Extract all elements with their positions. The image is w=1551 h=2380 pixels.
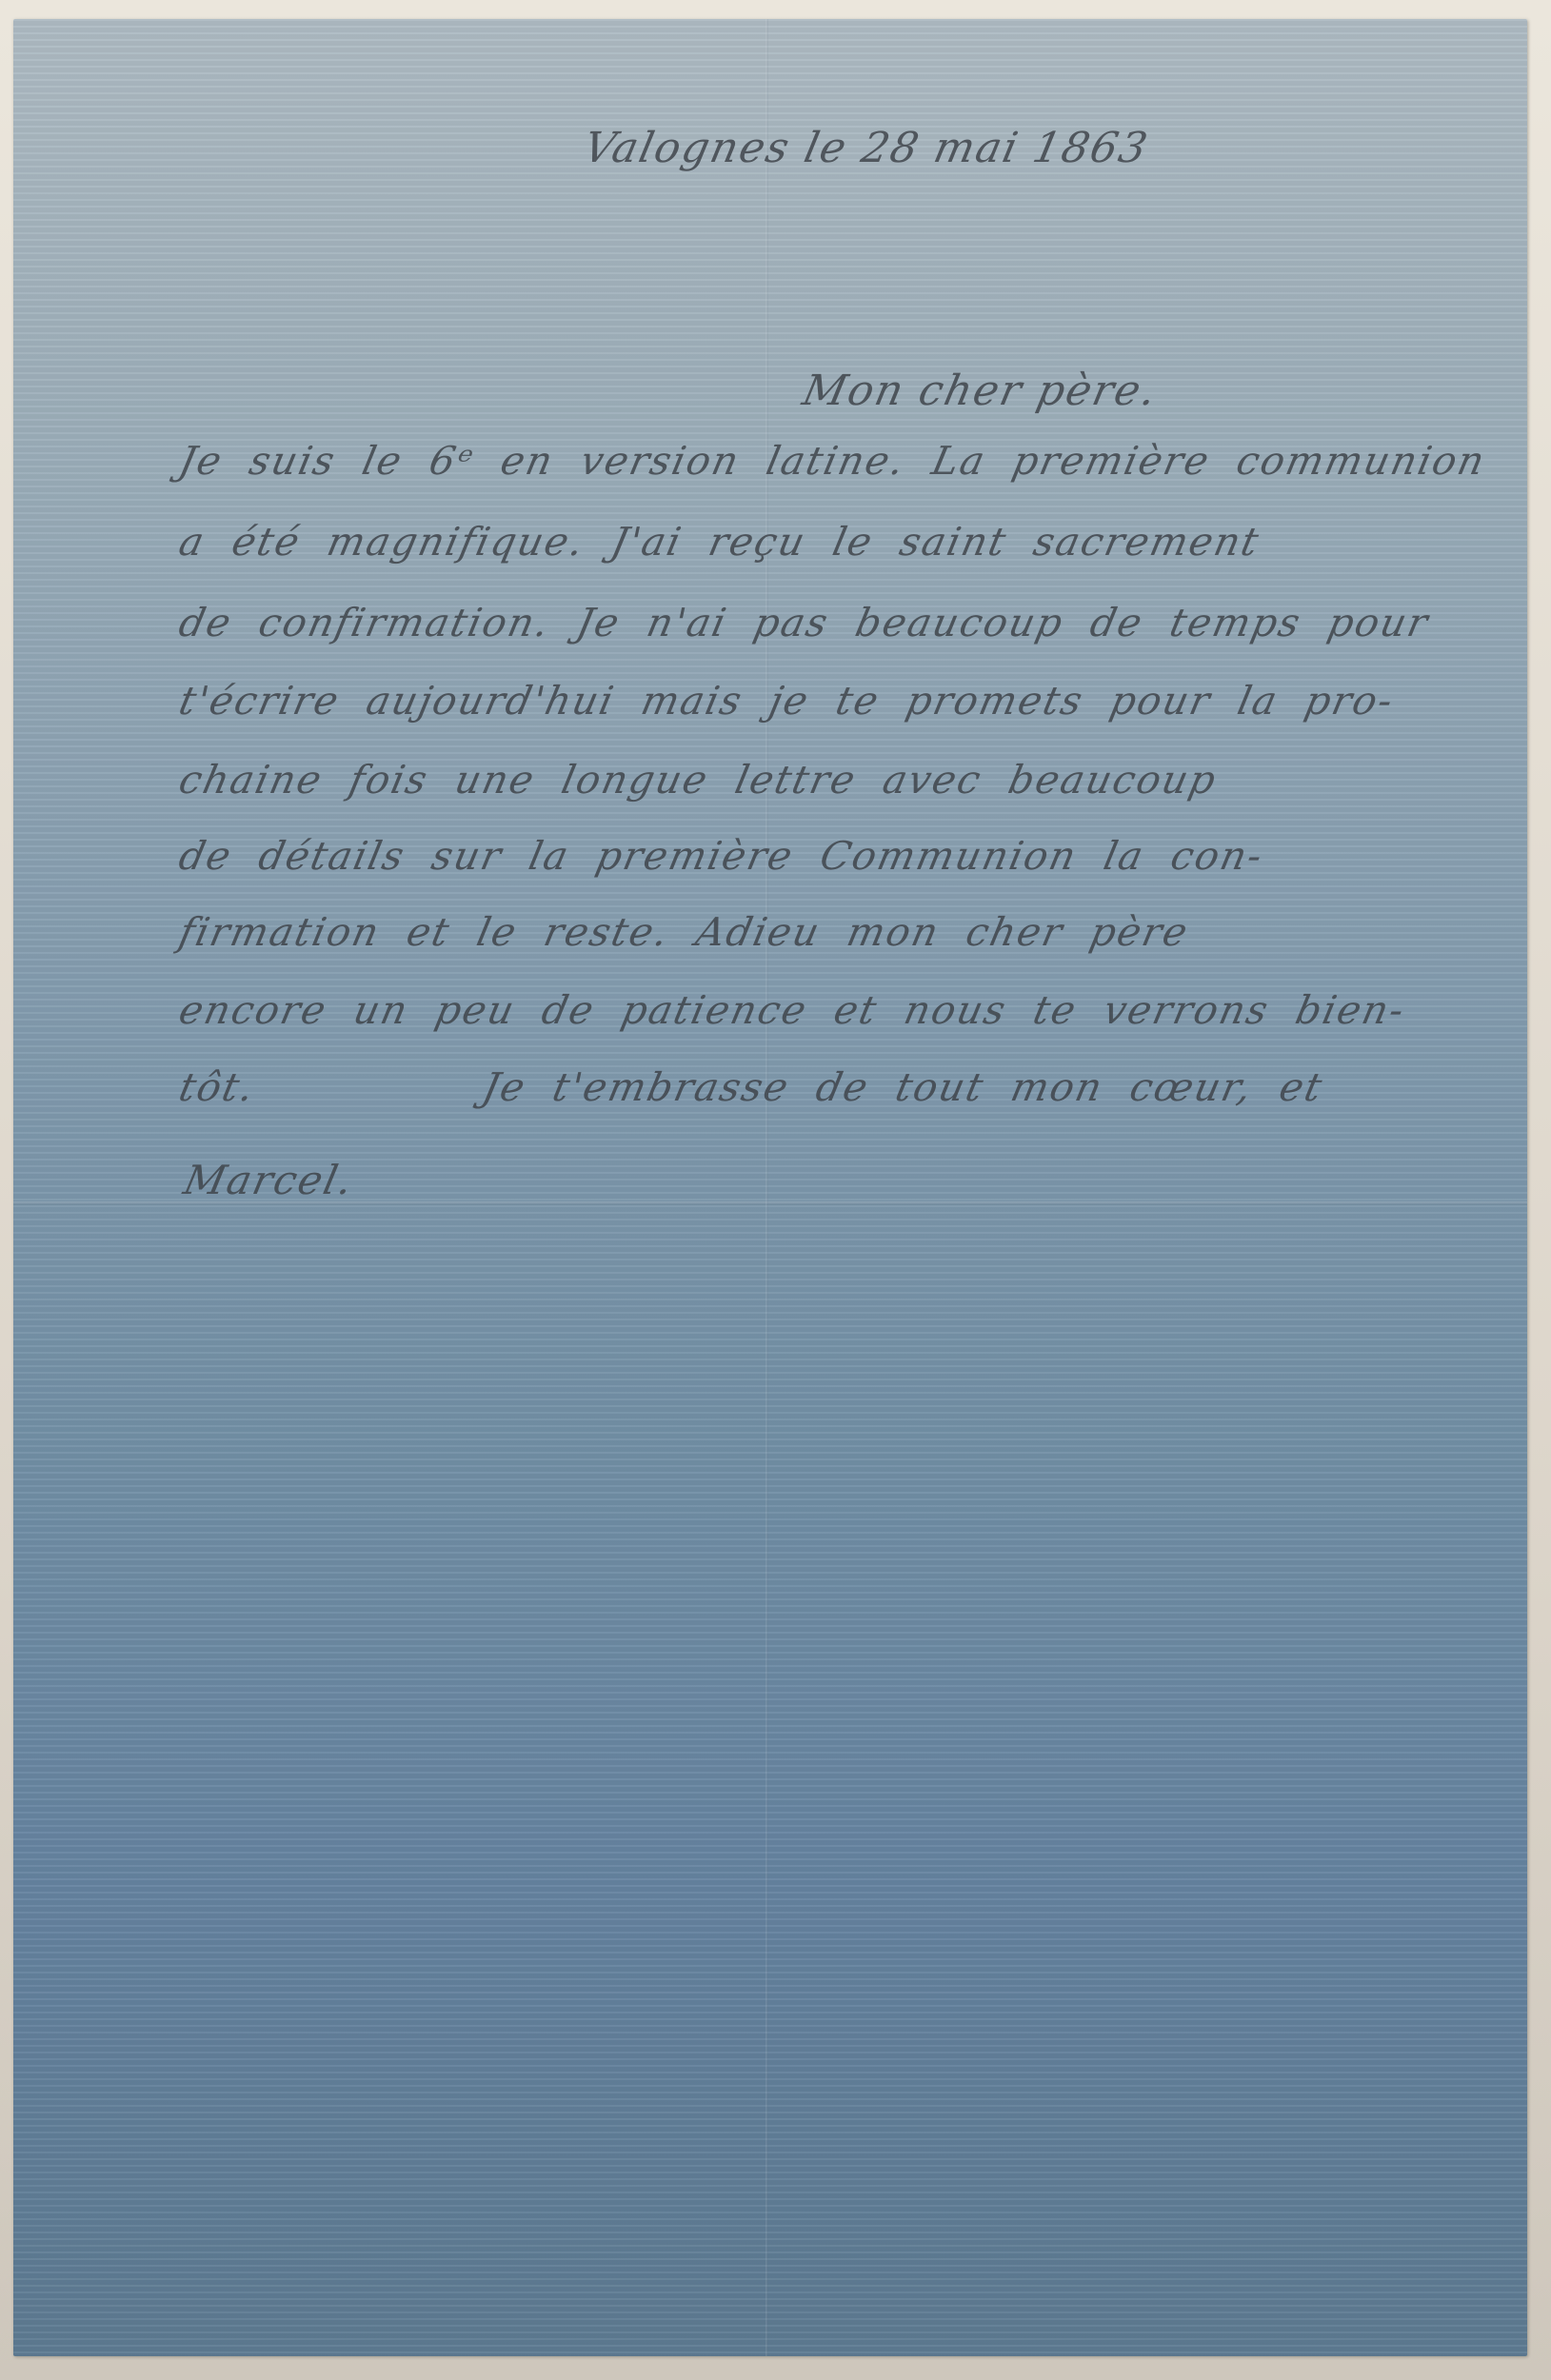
vertical-fold-line <box>766 19 768 2356</box>
closing-line: tôt.Je t'embrasse de tout mon cœur, et <box>175 1064 1328 1110</box>
letter-sheet: Valognes le 28 mai 1863 Mon cher père. J… <box>13 19 1527 2356</box>
body-line: t'écrire aujourd'hui mais je te promets … <box>175 678 1399 724</box>
signature: Marcel. <box>180 1157 359 1203</box>
body-line: encore un peu de patience et nous te ver… <box>175 987 1410 1033</box>
body-line: Je suis le 6ᵉ en version latine. La prem… <box>175 438 1490 484</box>
closing-line-start: tôt. <box>175 1064 260 1110</box>
dateline: Valognes le 28 mai 1863 <box>580 124 1154 172</box>
body-line: chaine fois une longue lettre avec beauc… <box>175 757 1222 803</box>
body-line: firmation et le reste. Adieu mon cher pè… <box>175 909 1193 955</box>
closing-line-rest: Je t'embrasse de tout mon cœur, et <box>479 1064 1328 1110</box>
body-line: de confirmation. Je n'ai pas beaucoup de… <box>175 600 1434 645</box>
body-line: de détails sur la première Communion la … <box>175 833 1268 879</box>
salutation: Mon cher père. <box>799 367 1163 415</box>
body-line: a été magnifique. J'ai reçu le saint sac… <box>175 519 1264 565</box>
